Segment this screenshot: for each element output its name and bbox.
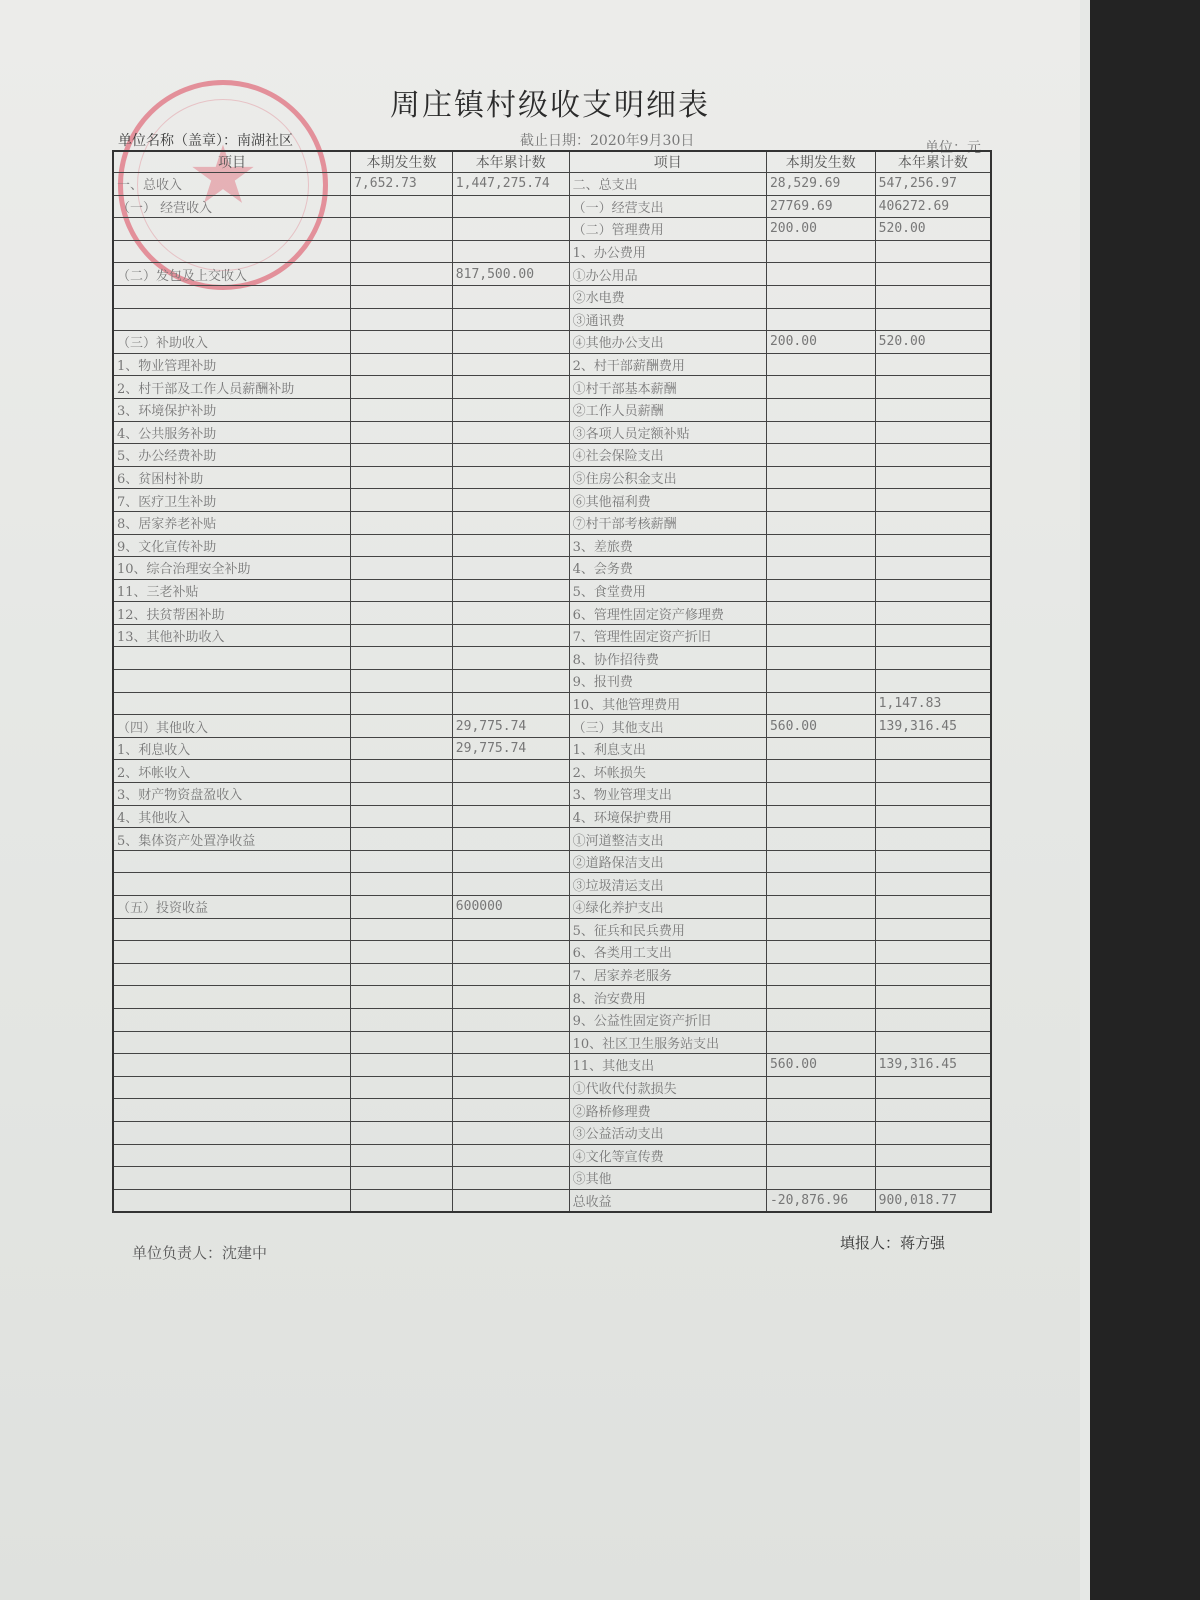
- income-item: [113, 240, 351, 263]
- form-filler: 填报人：蒋方强: [840, 1232, 945, 1253]
- income-ytd-amount: [452, 828, 569, 851]
- expense-item: 4、环境保护费用: [569, 805, 766, 828]
- income-item: [113, 1121, 351, 1144]
- expense-ytd-amount: 900,018.77: [875, 1189, 991, 1212]
- table-row: 5、征兵和民兵费用: [113, 918, 991, 941]
- expense-ytd-amount: [875, 624, 991, 647]
- income-item: [113, 1167, 351, 1190]
- income-item: 6、贫困村补助: [113, 466, 351, 489]
- expense-item: ③垃圾清运支出: [569, 873, 766, 896]
- table-row: 11、三老补贴5、食堂费用: [113, 579, 991, 602]
- table-row: ④文化等宣传费: [113, 1144, 991, 1167]
- expense-ytd-amount: [875, 1031, 991, 1054]
- expense-period-amount: [766, 783, 875, 806]
- expense-ytd-amount: [875, 1144, 991, 1167]
- income-ytd-amount: [452, 986, 569, 1009]
- income-period-amount: [351, 466, 453, 489]
- expense-item: ①代收代付款损失: [569, 1076, 766, 1099]
- table-row: 10、综合治理安全补助4、会务费: [113, 557, 991, 580]
- income-item: 1、物业管理补助: [113, 353, 351, 376]
- expense-ytd-amount: [875, 1167, 991, 1190]
- income-period-amount: [351, 557, 453, 580]
- income-ytd-amount: [452, 760, 569, 783]
- document-title: 周庄镇村级收支明细表: [0, 80, 1100, 124]
- income-period-amount: [351, 353, 453, 376]
- income-period-amount: [351, 715, 453, 738]
- income-item: 7、医疗卫生补助: [113, 489, 351, 512]
- expense-ytd-amount: [875, 963, 991, 986]
- expense-item: ③公益活动支出: [569, 1121, 766, 1144]
- income-ytd-amount: [452, 1076, 569, 1099]
- expense-item: ①办公用品: [569, 263, 766, 286]
- income-period-amount: [351, 534, 453, 557]
- expense-period-amount: [766, 941, 875, 964]
- income-period-amount: [351, 670, 453, 693]
- income-period-amount: [351, 647, 453, 670]
- expense-ytd-amount: [875, 511, 991, 534]
- expense-period-amount: [766, 308, 875, 331]
- income-period-amount: [351, 1031, 453, 1054]
- income-item: 8、居家养老补贴: [113, 511, 351, 534]
- income-item: 5、集体资产处置净收益: [113, 828, 351, 851]
- unit-name: 单位名称（盖章）：南湖社区: [118, 130, 293, 150]
- expense-period-amount: [766, 376, 875, 399]
- income-period-amount: [351, 1189, 453, 1212]
- expense-period-amount: [766, 353, 875, 376]
- expense-ytd-amount: [875, 398, 991, 421]
- income-ytd-amount: [452, 308, 569, 331]
- income-ytd-amount: [452, 1054, 569, 1077]
- table-row: 一、总收入7,652.731,447,275.74二、总支出28,529.695…: [113, 173, 991, 196]
- income-item: [113, 918, 351, 941]
- income-period-amount: [351, 331, 453, 354]
- income-ytd-amount: [452, 783, 569, 806]
- expense-item: 1、利息支出: [569, 737, 766, 760]
- expense-item: ⑥其他福利费: [569, 489, 766, 512]
- expense-item: 二、总支出: [569, 173, 766, 196]
- expense-ytd-amount: [875, 534, 991, 557]
- expense-item: ⑦村干部考核薪酬: [569, 511, 766, 534]
- income-item: 4、公共服务补助: [113, 421, 351, 444]
- expense-period-amount: 560.00: [766, 715, 875, 738]
- income-item: [113, 1031, 351, 1054]
- expense-ytd-amount: [875, 850, 991, 873]
- income-period-amount: [351, 285, 453, 308]
- expense-item: （三）其他支出: [569, 715, 766, 738]
- expense-item: （二）管理费用: [569, 218, 766, 241]
- income-item: （四）其他收入: [113, 715, 351, 738]
- income-period-amount: 7,652.73: [351, 173, 453, 196]
- expense-period-amount: 27769.69: [766, 195, 875, 218]
- income-item: 1、利息收入: [113, 737, 351, 760]
- expense-period-amount: [766, 896, 875, 919]
- income-item: 12、扶贫帮困补助: [113, 602, 351, 625]
- expense-item: ④社会保险支出: [569, 444, 766, 467]
- income-ytd-amount: [452, 511, 569, 534]
- expense-period-amount: [766, 285, 875, 308]
- income-ytd-amount: [452, 398, 569, 421]
- income-ytd-amount: [452, 534, 569, 557]
- income-period-amount: [351, 873, 453, 896]
- table-row: ③通讯费: [113, 308, 991, 331]
- expense-period-amount: [766, 760, 875, 783]
- income-period-amount: [351, 783, 453, 806]
- income-item: [113, 986, 351, 1009]
- table-row: （五）投资收益600000④绿化养护支出: [113, 896, 991, 919]
- expense-period-amount: -20,876.96: [766, 1189, 875, 1212]
- income-ytd-amount: [452, 489, 569, 512]
- income-item: [113, 1189, 351, 1212]
- table-header-row: 项目 本期发生数 本年累计数 项目 本期发生数 本年累计数: [113, 151, 991, 173]
- table-row: 6、贫困村补助⑤住房公积金支出: [113, 466, 991, 489]
- expense-ytd-amount: [875, 263, 991, 286]
- income-ytd-amount: [452, 1144, 569, 1167]
- expense-period-amount: 28,529.69: [766, 173, 875, 196]
- income-ytd-amount: [452, 331, 569, 354]
- expense-item: 5、征兵和民兵费用: [569, 918, 766, 941]
- cutoff-date: 截止日期：2020年9月30日: [520, 130, 694, 150]
- income-period-amount: [351, 489, 453, 512]
- expense-ytd-amount: [875, 489, 991, 512]
- expense-item: 5、食堂费用: [569, 579, 766, 602]
- header-left-period: 本期发生数: [351, 151, 453, 173]
- table-row: 2、坏帐收入2、坏帐损失: [113, 760, 991, 783]
- income-period-amount: [351, 986, 453, 1009]
- income-item: 13、其他补助收入: [113, 624, 351, 647]
- income-ytd-amount: [452, 1121, 569, 1144]
- income-ytd-amount: [452, 1099, 569, 1122]
- income-period-amount: [351, 240, 453, 263]
- expense-period-amount: 200.00: [766, 331, 875, 354]
- income-item: 3、环境保护补助: [113, 398, 351, 421]
- income-period-amount: [351, 624, 453, 647]
- header-right-ytd: 本年累计数: [875, 151, 991, 173]
- expense-ytd-amount: [875, 918, 991, 941]
- expense-ytd-amount: [875, 557, 991, 580]
- income-ytd-amount: 29,775.74: [452, 737, 569, 760]
- expense-period-amount: [766, 1144, 875, 1167]
- income-item: [113, 963, 351, 986]
- expense-period-amount: [766, 1121, 875, 1144]
- income-period-amount: [351, 602, 453, 625]
- expense-ytd-amount: 1,147.83: [875, 692, 991, 715]
- expense-ytd-amount: [875, 805, 991, 828]
- income-period-amount: [351, 918, 453, 941]
- income-ytd-amount: [452, 647, 569, 670]
- expense-item: ③通讯费: [569, 308, 766, 331]
- expense-item: 2、村干部薪酬费用: [569, 353, 766, 376]
- income-item: 11、三老补贴: [113, 579, 351, 602]
- expense-period-amount: [766, 828, 875, 851]
- table-row: 10、社区卫生服务站支出: [113, 1031, 991, 1054]
- table-row: （一） 经营收入（一）经营支出27769.69406272.69: [113, 195, 991, 218]
- income-period-amount: [351, 941, 453, 964]
- expense-item: 6、管理性固定资产修理费: [569, 602, 766, 625]
- income-ytd-amount: [452, 353, 569, 376]
- expense-item: 9、报刊费: [569, 670, 766, 693]
- income-ytd-amount: [452, 285, 569, 308]
- table-row: （二）发包及上交收入817,500.00①办公用品: [113, 263, 991, 286]
- income-item: 2、村干部及工作人员薪酬补助: [113, 376, 351, 399]
- expense-period-amount: [766, 963, 875, 986]
- expense-ytd-amount: [875, 783, 991, 806]
- expense-period-amount: 560.00: [766, 1054, 875, 1077]
- table-row: （四）其他收入29,775.74（三）其他支出560.00139,316.45: [113, 715, 991, 738]
- income-item: 4、其他收入: [113, 805, 351, 828]
- expense-item: 3、差旅费: [569, 534, 766, 557]
- expense-period-amount: [766, 647, 875, 670]
- expense-period-amount: [766, 1076, 875, 1099]
- expense-ytd-amount: [875, 986, 991, 1009]
- income-period-amount: [351, 398, 453, 421]
- expense-period-amount: [766, 511, 875, 534]
- header-left-ytd: 本年累计数: [452, 151, 569, 173]
- expense-item: 8、治安费用: [569, 986, 766, 1009]
- expense-period-amount: [766, 1031, 875, 1054]
- income-period-amount: [351, 850, 453, 873]
- expense-ytd-amount: 139,316.45: [875, 715, 991, 738]
- expense-ytd-amount: [875, 421, 991, 444]
- income-item: [113, 647, 351, 670]
- income-item: 2、坏帐收入: [113, 760, 351, 783]
- expense-item: ②水电费: [569, 285, 766, 308]
- table-row: ⑤其他: [113, 1167, 991, 1190]
- income-item: [113, 1054, 351, 1077]
- income-period-amount: [351, 1099, 453, 1122]
- expense-period-amount: [766, 421, 875, 444]
- income-item: [113, 1099, 351, 1122]
- income-ytd-amount: [452, 195, 569, 218]
- table-row: 8、治安费用: [113, 986, 991, 1009]
- income-ytd-amount: [452, 557, 569, 580]
- income-ytd-amount: [452, 670, 569, 693]
- ledger-body: 一、总收入7,652.731,447,275.74二、总支出28,529.695…: [113, 173, 991, 1213]
- income-ytd-amount: [452, 444, 569, 467]
- expense-ytd-amount: [875, 353, 991, 376]
- table-row: 1、办公费用: [113, 240, 991, 263]
- income-ytd-amount: [452, 579, 569, 602]
- income-period-amount: [351, 511, 453, 534]
- expense-period-amount: [766, 873, 875, 896]
- expense-item: 2、坏帐损失: [569, 760, 766, 783]
- table-row: ③垃圾清运支出: [113, 873, 991, 896]
- income-item: 一、总收入: [113, 173, 351, 196]
- expense-item: 4、会务费: [569, 557, 766, 580]
- income-period-amount: [351, 195, 453, 218]
- expense-item: ②路桥修理费: [569, 1099, 766, 1122]
- expense-item: 6、各类用工支出: [569, 941, 766, 964]
- income-period-amount: [351, 1054, 453, 1077]
- table-row: 1、利息收入29,775.741、利息支出: [113, 737, 991, 760]
- expense-period-amount: [766, 534, 875, 557]
- expense-item: ④文化等宣传费: [569, 1144, 766, 1167]
- expense-period-amount: [766, 692, 875, 715]
- expense-item: ①河道整洁支出: [569, 828, 766, 851]
- income-ytd-amount: [452, 963, 569, 986]
- income-item: [113, 285, 351, 308]
- expense-item: 1、办公费用: [569, 240, 766, 263]
- income-item: [113, 218, 351, 241]
- income-ytd-amount: [452, 421, 569, 444]
- expense-period-amount: 200.00: [766, 218, 875, 241]
- table-row: 8、协作招待费: [113, 647, 991, 670]
- table-row: 10、其他管理费用1,147.83: [113, 692, 991, 715]
- expense-period-amount: [766, 850, 875, 873]
- table-row: 5、办公经费补助④社会保险支出: [113, 444, 991, 467]
- expense-period-amount: [766, 602, 875, 625]
- expense-ytd-amount: [875, 1008, 991, 1031]
- header-left-item: 项目: [113, 151, 351, 173]
- income-item: [113, 692, 351, 715]
- expense-item: ⑤住房公积金支出: [569, 466, 766, 489]
- income-ytd-amount: [452, 850, 569, 873]
- income-ytd-amount: [452, 918, 569, 941]
- income-period-amount: [351, 421, 453, 444]
- expense-ytd-amount: [875, 1099, 991, 1122]
- table-row: （二）管理费用200.00520.00: [113, 218, 991, 241]
- income-period-amount: [351, 218, 453, 241]
- income-period-amount: [351, 896, 453, 919]
- expense-period-amount: [766, 624, 875, 647]
- income-period-amount: [351, 828, 453, 851]
- table-row: 11、其他支出560.00139,316.45: [113, 1054, 991, 1077]
- income-period-amount: [351, 1167, 453, 1190]
- expense-ytd-amount: [875, 737, 991, 760]
- income-period-amount: [351, 805, 453, 828]
- income-period-amount: [351, 376, 453, 399]
- table-row: 7、医疗卫生补助⑥其他福利费: [113, 489, 991, 512]
- income-ytd-amount: [452, 376, 569, 399]
- expense-ytd-amount: [875, 444, 991, 467]
- expense-item: ②道路保洁支出: [569, 850, 766, 873]
- expense-ytd-amount: 139,316.45: [875, 1054, 991, 1077]
- income-ytd-amount: [452, 218, 569, 241]
- expense-item: ③各项人员定额补贴: [569, 421, 766, 444]
- table-row: ②道路保洁支出: [113, 850, 991, 873]
- expense-item: 11、其他支出: [569, 1054, 766, 1077]
- income-period-amount: [351, 737, 453, 760]
- expense-item: 10、其他管理费用: [569, 692, 766, 715]
- income-item: （二）发包及上交收入: [113, 263, 351, 286]
- income-ytd-amount: 29,775.74: [452, 715, 569, 738]
- income-period-amount: [351, 263, 453, 286]
- table-row: ①代收代付款损失: [113, 1076, 991, 1099]
- expense-period-amount: [766, 489, 875, 512]
- income-period-amount: [351, 579, 453, 602]
- income-ytd-amount: [452, 692, 569, 715]
- header-right-period: 本期发生数: [766, 151, 875, 173]
- income-ytd-amount: 600000: [452, 896, 569, 919]
- expense-item: 10、社区卫生服务站支出: [569, 1031, 766, 1054]
- table-row: 8、居家养老补贴⑦村干部考核薪酬: [113, 511, 991, 534]
- expense-ytd-amount: [875, 941, 991, 964]
- document-page: ★ 周庄镇村级收支明细表 单位名称（盖章）：南湖社区 截止日期：2020年9月3…: [0, 0, 1080, 1600]
- expense-ytd-amount: [875, 285, 991, 308]
- expense-ytd-amount: 406272.69: [875, 195, 991, 218]
- expense-item: ④其他办公支出: [569, 331, 766, 354]
- table-row: ③公益活动支出: [113, 1121, 991, 1144]
- expense-ytd-amount: [875, 579, 991, 602]
- expense-item: ④绿化养护支出: [569, 896, 766, 919]
- income-item: [113, 873, 351, 896]
- table-row: 3、财产物资盘盈收入3、物业管理支出: [113, 783, 991, 806]
- expense-item: 7、管理性固定资产折旧: [569, 624, 766, 647]
- expense-item: ⑤其他: [569, 1167, 766, 1190]
- table-row: ②路桥修理费: [113, 1099, 991, 1122]
- table-row: 9、报刊费: [113, 670, 991, 693]
- income-period-amount: [351, 1121, 453, 1144]
- expense-item: 9、公益性固定资产折旧: [569, 1008, 766, 1031]
- expense-period-amount: [766, 240, 875, 263]
- expense-ytd-amount: [875, 873, 991, 896]
- income-ytd-amount: [452, 1167, 569, 1190]
- income-item: （三）补助收入: [113, 331, 351, 354]
- income-item: [113, 850, 351, 873]
- expense-period-amount: [766, 263, 875, 286]
- ledger-table: 项目 本期发生数 本年累计数 项目 本期发生数 本年累计数 一、总收入7,652…: [112, 150, 992, 1213]
- table-row: 9、文化宣传补助3、差旅费: [113, 534, 991, 557]
- expense-ytd-amount: [875, 1076, 991, 1099]
- income-ytd-amount: [452, 805, 569, 828]
- income-ytd-amount: [452, 1008, 569, 1031]
- income-ytd-amount: [452, 941, 569, 964]
- table-row: （三）补助收入④其他办公支出200.00520.00: [113, 331, 991, 354]
- table-row: 4、其他收入4、环境保护费用: [113, 805, 991, 828]
- table-row: 2、村干部及工作人员薪酬补助①村干部基本薪酬: [113, 376, 991, 399]
- expense-item: ②工作人员薪酬: [569, 398, 766, 421]
- income-item: [113, 1008, 351, 1031]
- income-period-amount: [351, 1144, 453, 1167]
- expense-ytd-amount: [875, 466, 991, 489]
- table-row: ②水电费: [113, 285, 991, 308]
- income-period-amount: [351, 963, 453, 986]
- expense-ytd-amount: [875, 828, 991, 851]
- income-ytd-amount: [452, 873, 569, 896]
- income-ytd-amount: 817,500.00: [452, 263, 569, 286]
- table-row: 13、其他补助收入7、管理性固定资产折旧: [113, 624, 991, 647]
- expense-period-amount: [766, 579, 875, 602]
- expense-period-amount: [766, 1008, 875, 1031]
- expense-period-amount: [766, 466, 875, 489]
- income-item: 3、财产物资盘盈收入: [113, 783, 351, 806]
- responsible-person: 单位负责人：沈建中: [132, 1242, 267, 1263]
- table-row: 6、各类用工支出: [113, 941, 991, 964]
- expense-period-amount: [766, 737, 875, 760]
- income-item: （一） 经营收入: [113, 195, 351, 218]
- table-row: 9、公益性固定资产折旧: [113, 1008, 991, 1031]
- expense-ytd-amount: 520.00: [875, 331, 991, 354]
- table-row: 12、扶贫帮困补助6、管理性固定资产修理费: [113, 602, 991, 625]
- expense-period-amount: [766, 398, 875, 421]
- expense-period-amount: [766, 444, 875, 467]
- income-ytd-amount: 1,447,275.74: [452, 173, 569, 196]
- income-period-amount: [351, 1008, 453, 1031]
- income-period-amount: [351, 444, 453, 467]
- header-right-item: 项目: [569, 151, 766, 173]
- expense-item: （一）经营支出: [569, 195, 766, 218]
- expense-ytd-amount: [875, 670, 991, 693]
- income-ytd-amount: [452, 1031, 569, 1054]
- income-item: 5、办公经费补助: [113, 444, 351, 467]
- income-ytd-amount: [452, 602, 569, 625]
- income-period-amount: [351, 1076, 453, 1099]
- income-ytd-amount: [452, 466, 569, 489]
- table-row: 3、环境保护补助②工作人员薪酬: [113, 398, 991, 421]
- income-item: （五）投资收益: [113, 896, 351, 919]
- expense-ytd-amount: [875, 240, 991, 263]
- expense-period-amount: [766, 557, 875, 580]
- expense-period-amount: [766, 986, 875, 1009]
